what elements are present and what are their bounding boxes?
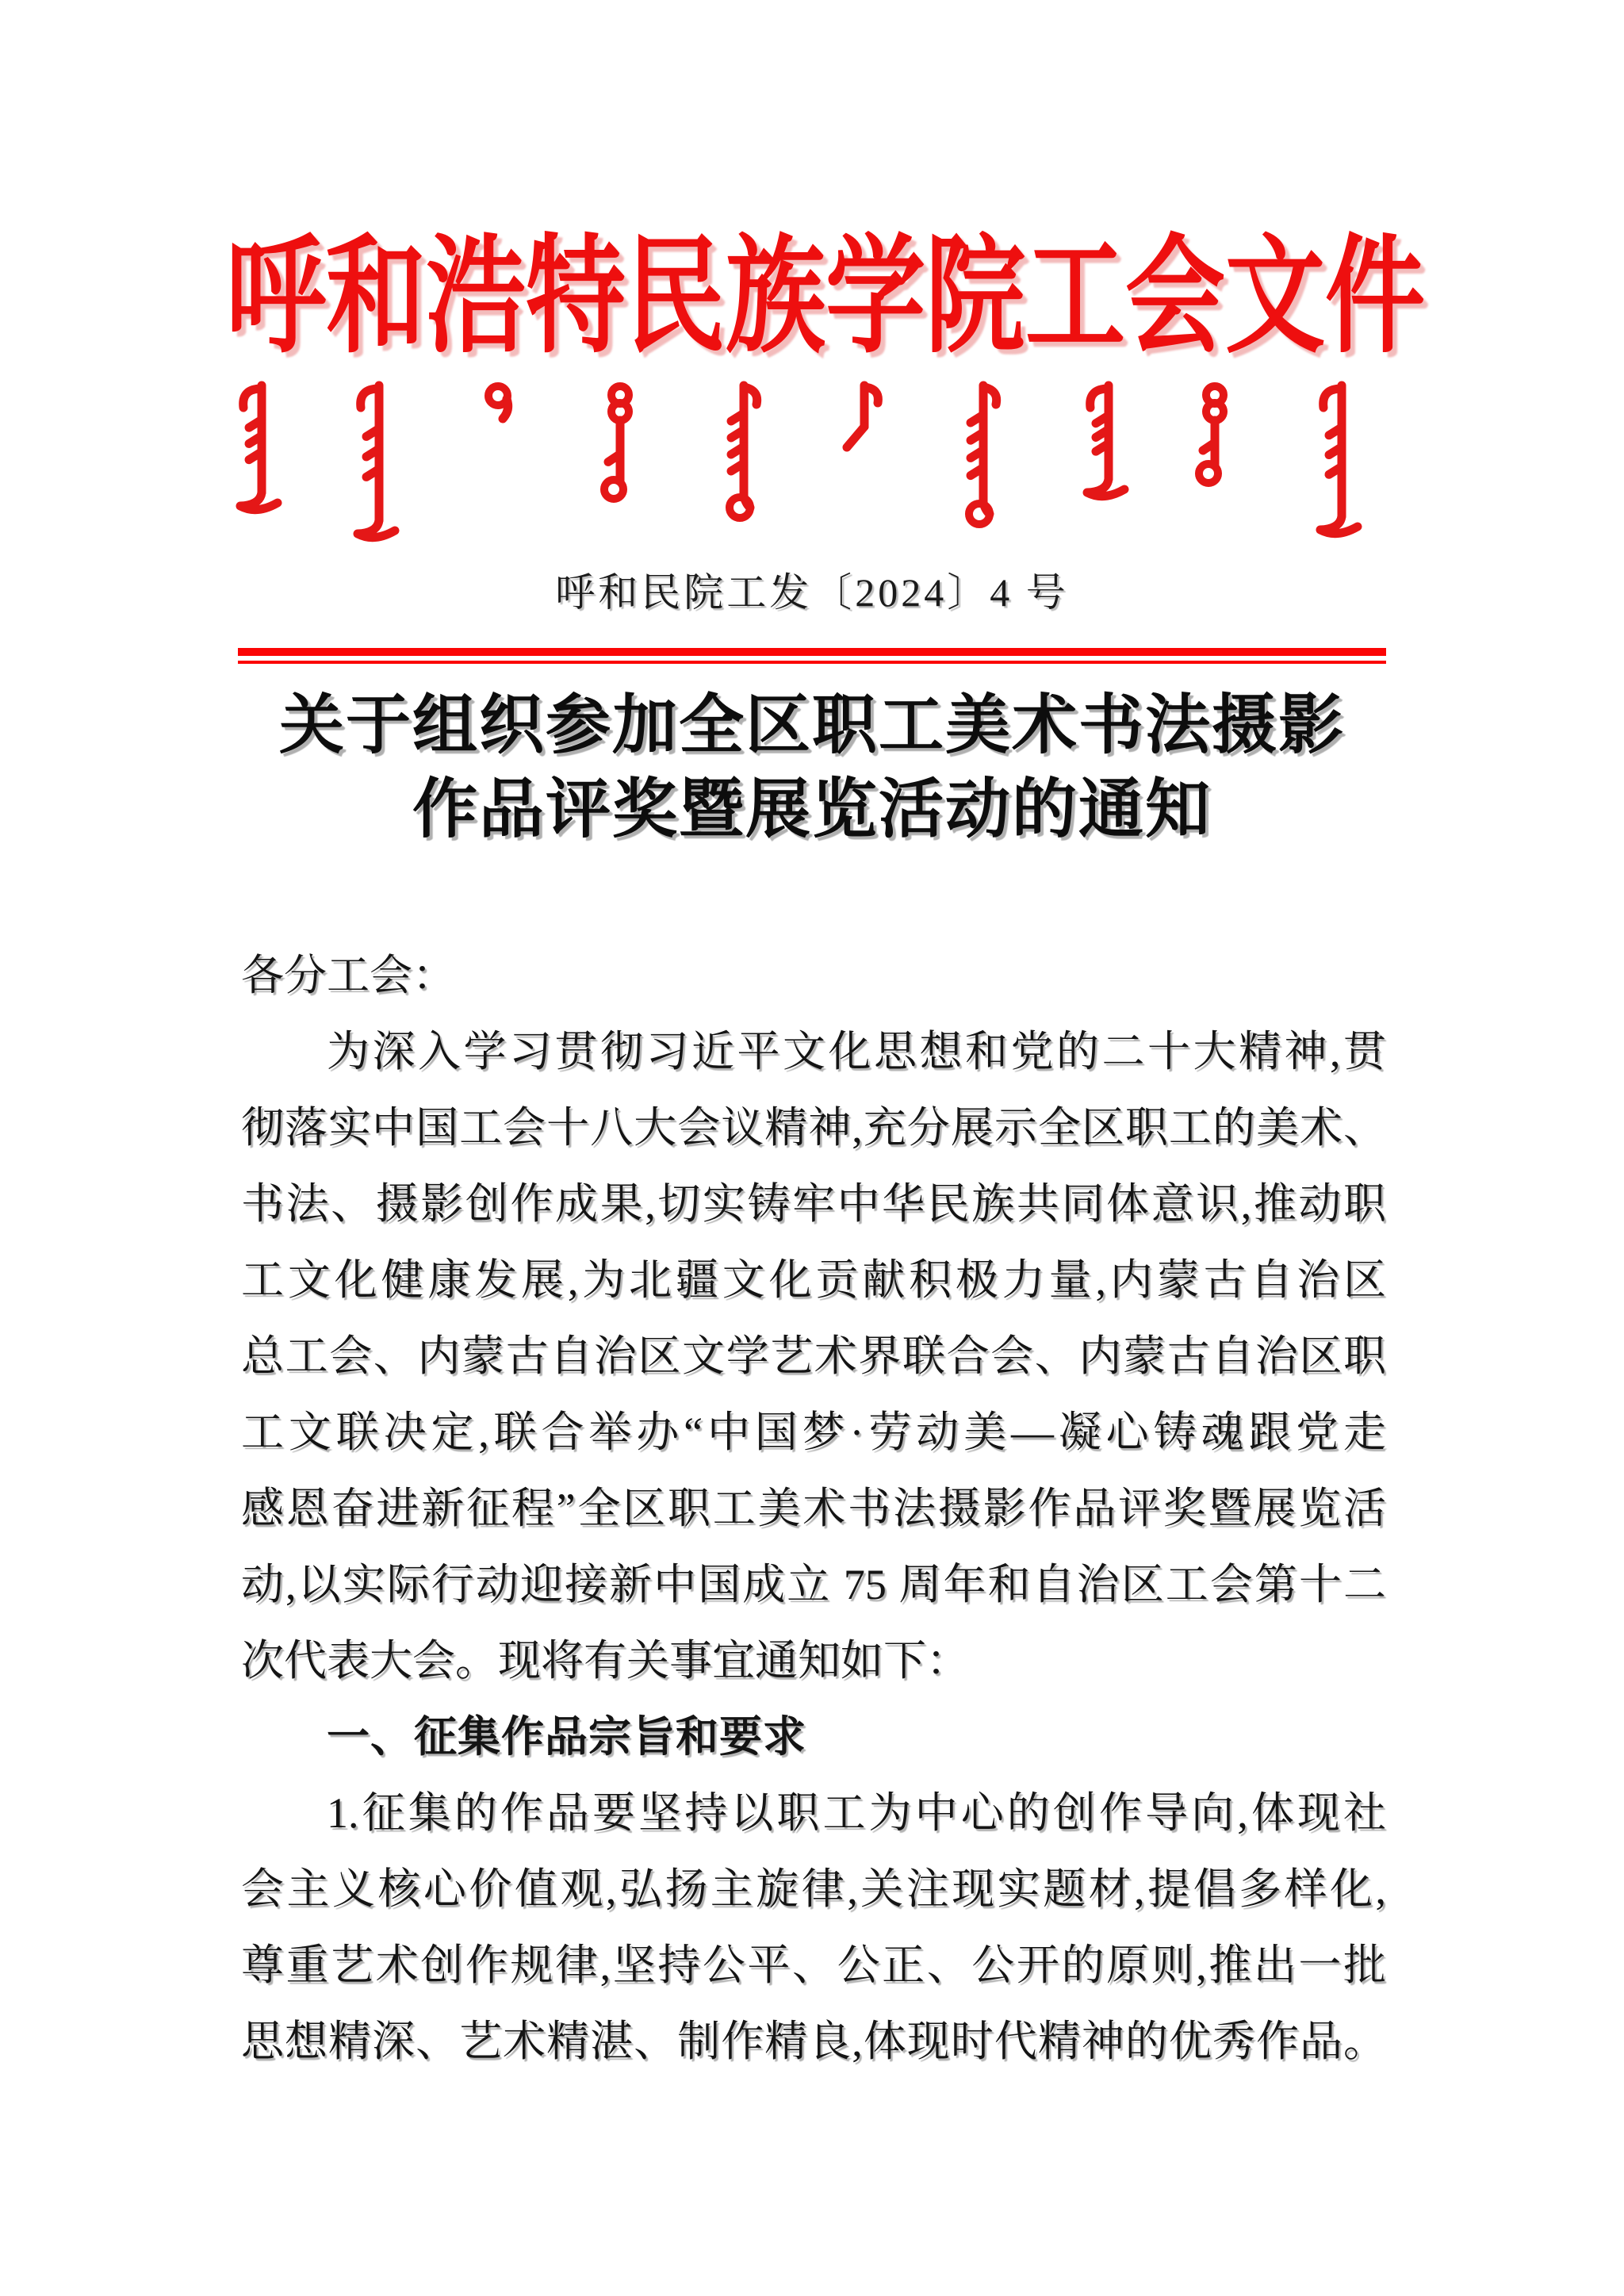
body-line: 1.征集的作品要坚持以职工为中心的创作导向,体现社 [241, 1775, 1386, 1851]
mongolian-word [969, 385, 997, 524]
mongolian-word [604, 386, 629, 499]
red-rule-thick [238, 648, 1386, 656]
body-line: 工文联决定,联合举办“中国梦·劳动美—凝心铸魂跟党走 [241, 1394, 1386, 1470]
body-line: 思想精深、艺术精湛、制作精良,体现时代精神的优秀作品。 [241, 2003, 1386, 2079]
mongolian-word [240, 385, 278, 510]
doc-title: 关于组织参加全区职工美术书法摄影 作品评奖暨展览活动的通知 [0, 684, 1624, 852]
salutation: 各分工会： [241, 937, 1386, 1014]
mongolian-word [847, 385, 878, 447]
doc-number: 呼和民院工发〔2024〕4 号 [0, 569, 1624, 615]
body-line: 总工会、内蒙古自治区文学艺术界联合会、内蒙古自治区职 [241, 1318, 1386, 1394]
body-line: 动,以实际行动迎接新中国成立 75 周年和自治区工会第十二 [241, 1547, 1386, 1623]
document-page: 呼和浩特民族学院工会文件 呼和民院工发〔2024〕4 号 关于组织参加全区职工美… [0, 0, 1624, 2296]
body-line: 感恩奋进新征程”全区职工美术书法摄影作品评奖暨展览活 [241, 1470, 1386, 1547]
mongolian-script [0, 373, 1624, 571]
body-line: 工文化健康发展,为北疆文化贡献积极力量,内蒙古自治区 [241, 1242, 1386, 1318]
body-text: 各分工会： 为深入学习贯彻习近平文化思想和党的二十大精神,贯 彻落实中国工会十八… [241, 937, 1386, 2079]
mongolian-word [1087, 385, 1124, 496]
body-line: 为深入学习贯彻习近平文化思想和党的二十大精神,贯 [241, 1014, 1386, 1090]
mongolian-word [488, 386, 508, 419]
mongolian-word [1320, 385, 1358, 534]
red-rule-thin [238, 661, 1386, 664]
body-line: 会主义核心价值观,弘扬主旋律,关注现实题材,提倡多样化, [241, 1851, 1386, 1927]
mongolian-word [358, 385, 395, 538]
body-line: 尊重艺术创作规律,坚持公平、公正、公开的原则,推出一批 [241, 1927, 1386, 2003]
body-line: 书法、摄影创作成果,切实铸牢中华民族共同体意识,推动职 [241, 1166, 1386, 1242]
body-line: 次代表大会。现将有关事宜通知如下： [241, 1623, 1386, 1699]
section-heading: 一、征集作品宗旨和要求 [241, 1699, 1386, 1775]
mongolian-word [1199, 386, 1224, 483]
mongolian-word [730, 385, 757, 518]
doc-title-line2: 作品评奖暨展览活动的通知 [0, 768, 1624, 852]
doc-title-line1: 关于组织参加全区职工美术书法摄影 [0, 684, 1624, 768]
body-line: 彻落实中国工会十八大会议精神,充分展示全区职工的美术、 [241, 1090, 1386, 1166]
